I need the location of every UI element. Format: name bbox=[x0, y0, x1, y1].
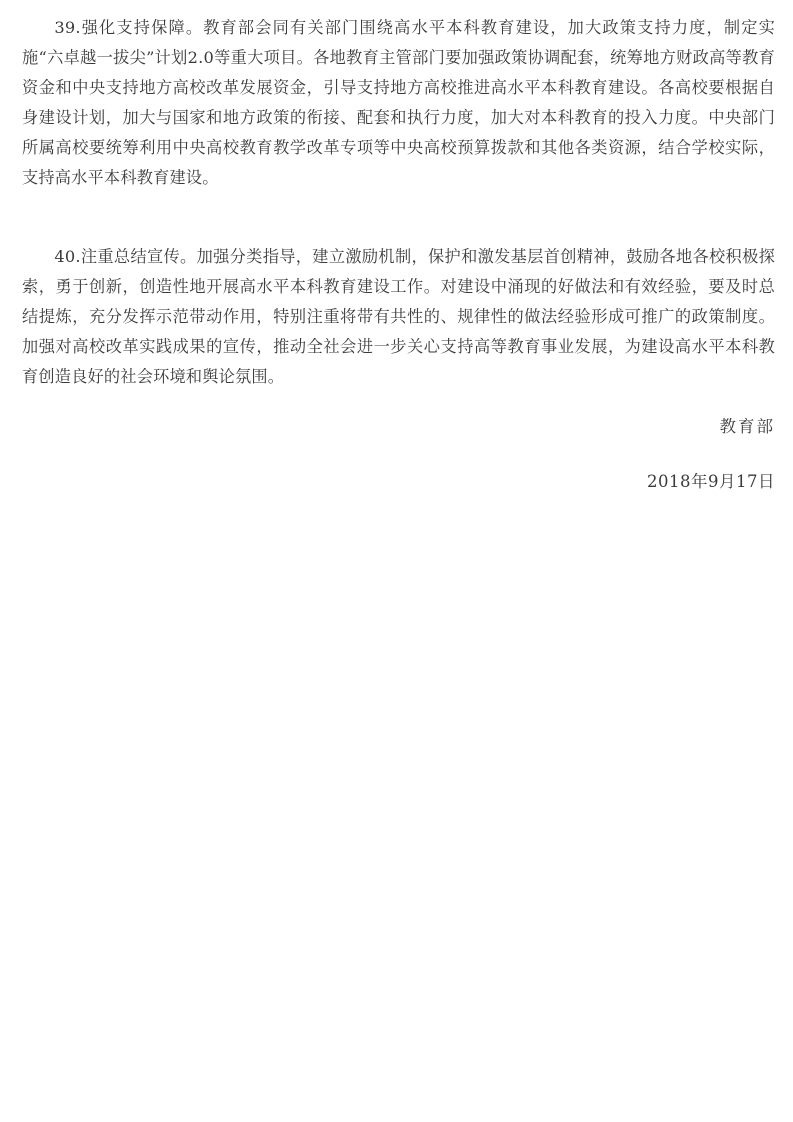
paragraph-40: 40.注重总结宣传。加强分类指导，建立激励机制，保护和激发基层首创精神，鼓励各地… bbox=[22, 242, 775, 392]
document-body: 39.强化支持保障。教育部会同有关部门围绕高水平本科教育建设，加大政策支持力度，… bbox=[22, 13, 775, 392]
signature-issuer: 教育部 bbox=[22, 412, 775, 442]
signature-date: 2018年9月17日 bbox=[22, 467, 775, 497]
document-page: 39.强化支持保障。教育部会同有关部门围绕高水平本科教育建设，加大政策支持力度，… bbox=[0, 0, 793, 1122]
paragraph-39: 39.强化支持保障。教育部会同有关部门围绕高水平本科教育建设，加大政策支持力度，… bbox=[22, 13, 775, 193]
